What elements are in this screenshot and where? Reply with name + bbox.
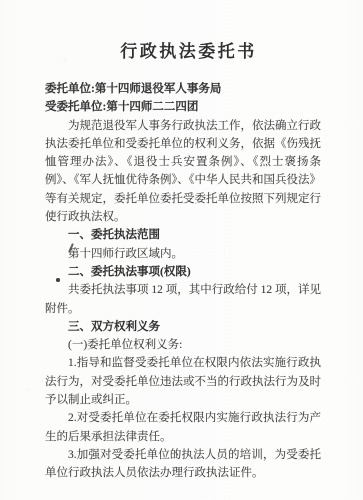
scanned-document-page: 行政执法委托书 委托单位:第十四师退役军人事务局 受委托单位:第十四师二二四团 … bbox=[0, 0, 363, 500]
intro-paragraph: 为规范退役军人事务行政执法工作，依法确立行政执法委托单位和受委托单位的权利义务，… bbox=[45, 117, 321, 227]
header-fields: 委托单位:第十四师退役军人事务局 受委托单位:第十四师二二四团 bbox=[45, 80, 321, 117]
document-body: 委托单位:第十四师退役军人事务局 受委托单位:第十四师二二四团 为规范退役军人事… bbox=[0, 80, 363, 483]
section-2-paragraph: 共委托执法事项 12 项，其中行政给付 12 项，详见附件。 bbox=[45, 281, 321, 318]
entrusting-unit-value: 第十四师退役军人事务局 bbox=[95, 83, 222, 95]
page-number: 1 bbox=[0, 450, 353, 460]
entrusted-unit-value: 第十四师二二四团 bbox=[106, 101, 198, 113]
entrusted-unit-line: 受委托单位:第十四师二二四团 bbox=[45, 98, 321, 116]
section-3-heading: 三、双方权利义务 bbox=[45, 318, 321, 336]
section-3-item-1: 1.指导和监督受委托单位在权限内依法实施行政执法行为，对受委托单位违法或不当的行… bbox=[45, 354, 321, 409]
handwritten-dot-mark bbox=[56, 278, 60, 282]
entrusted-unit-label: 受委托单位: bbox=[45, 101, 106, 113]
section-3-item-2: 2.对受委托单位在委托权限内实施行政执法行为产生的后果承担法律责任。 bbox=[45, 409, 321, 446]
entrusting-unit-label: 委托单位: bbox=[45, 83, 95, 95]
section-1-heading: 一、委托执法范围 bbox=[45, 226, 321, 244]
document-title: 行政执法委托书 bbox=[0, 0, 363, 62]
section-2-heading: 二、委托执法事项(权限) bbox=[45, 263, 321, 281]
section-1-paragraph: 第十四师行政区域内。 bbox=[45, 245, 321, 263]
section-3-subheading: (一)委托单位权利义务: bbox=[45, 336, 321, 354]
entrusting-unit-line: 委托单位:第十四师退役军人事务局 bbox=[45, 80, 321, 98]
